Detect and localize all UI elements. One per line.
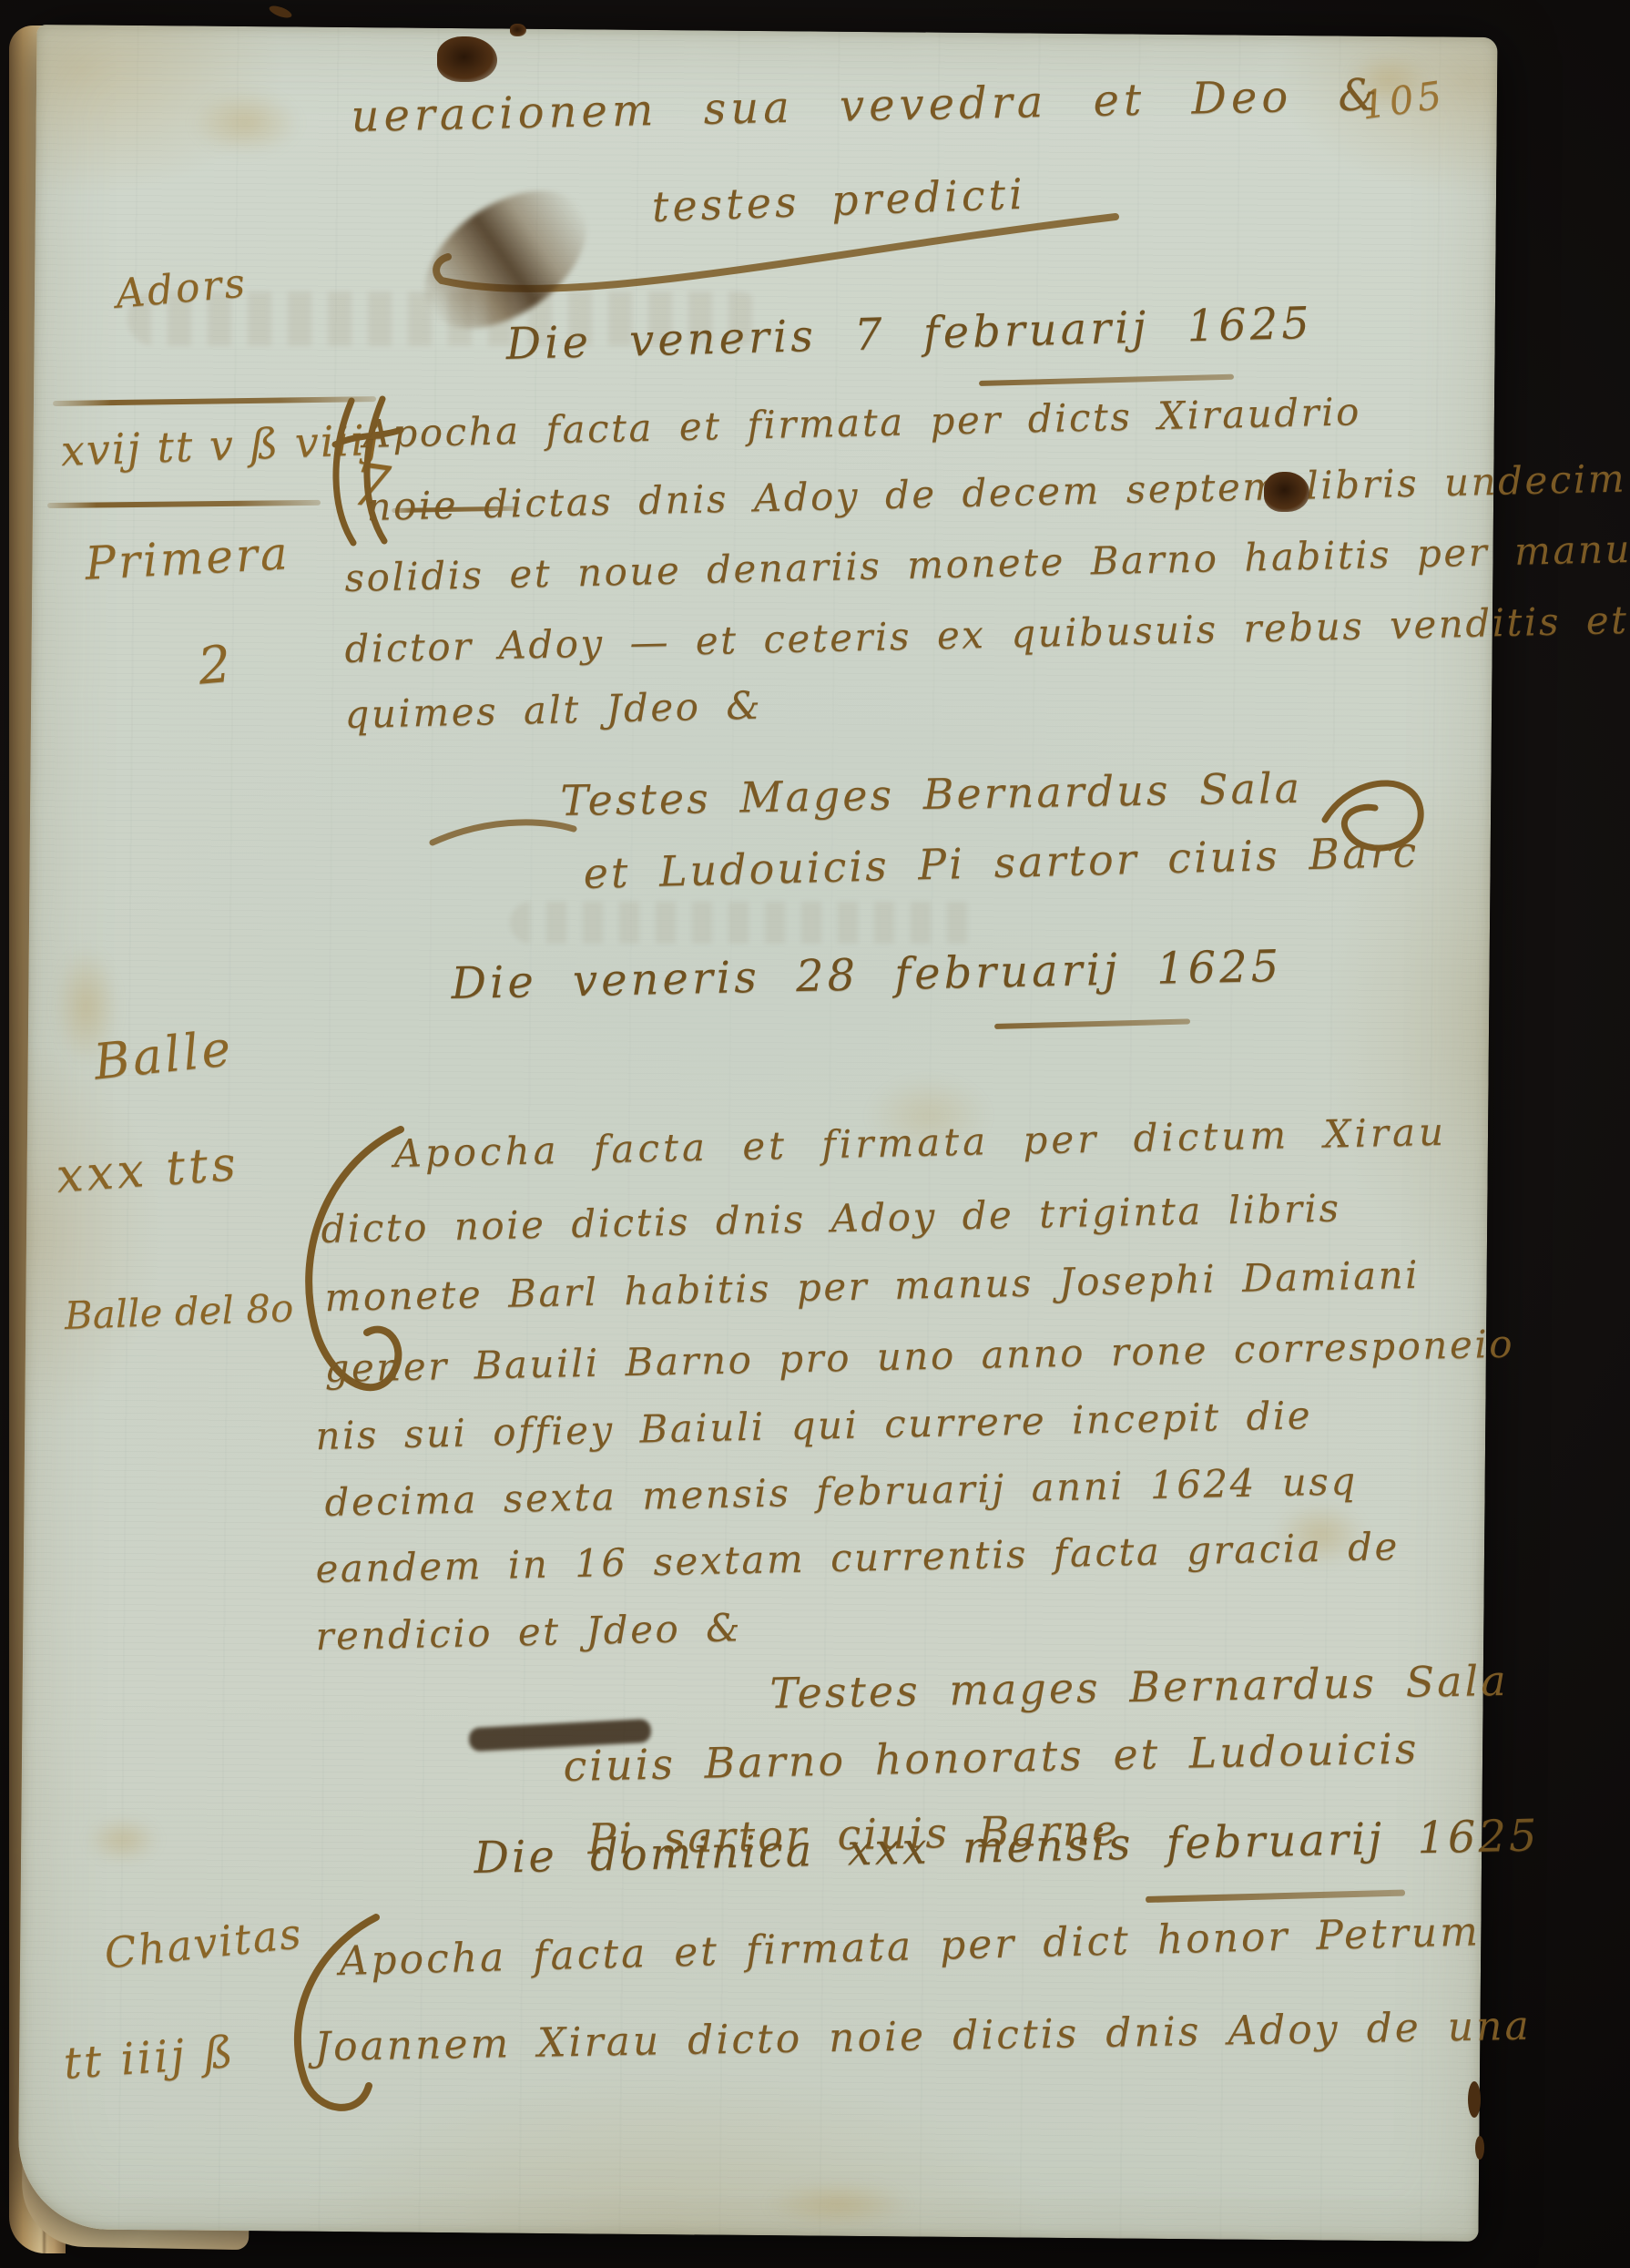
stain [765,2181,911,2227]
ink-blot [437,36,497,82]
ink-blot [1264,472,1309,512]
stain [87,1817,159,1863]
ink-blot [510,24,526,36]
flourish-swash [428,802,583,856]
margin-note: Balle del 8o [64,1285,294,1338]
manuscript-scan: 105 ueracionem sua vevedra et Deo & test… [0,0,1630,2268]
paraph-mark [269,1899,396,2118]
stain [191,91,301,155]
manuscript-line: rendicio et Jdeo & [315,1605,743,1659]
manuscript-line: quimes alt Jdeo & [344,683,763,737]
bleed-through-marks [510,902,983,944]
margin-note: Primera [84,526,291,590]
margin-mark: 2 [196,635,233,697]
ink-speck [268,4,293,20]
ink-speck [1475,2136,1484,2160]
ink-speck [1468,2081,1481,2118]
